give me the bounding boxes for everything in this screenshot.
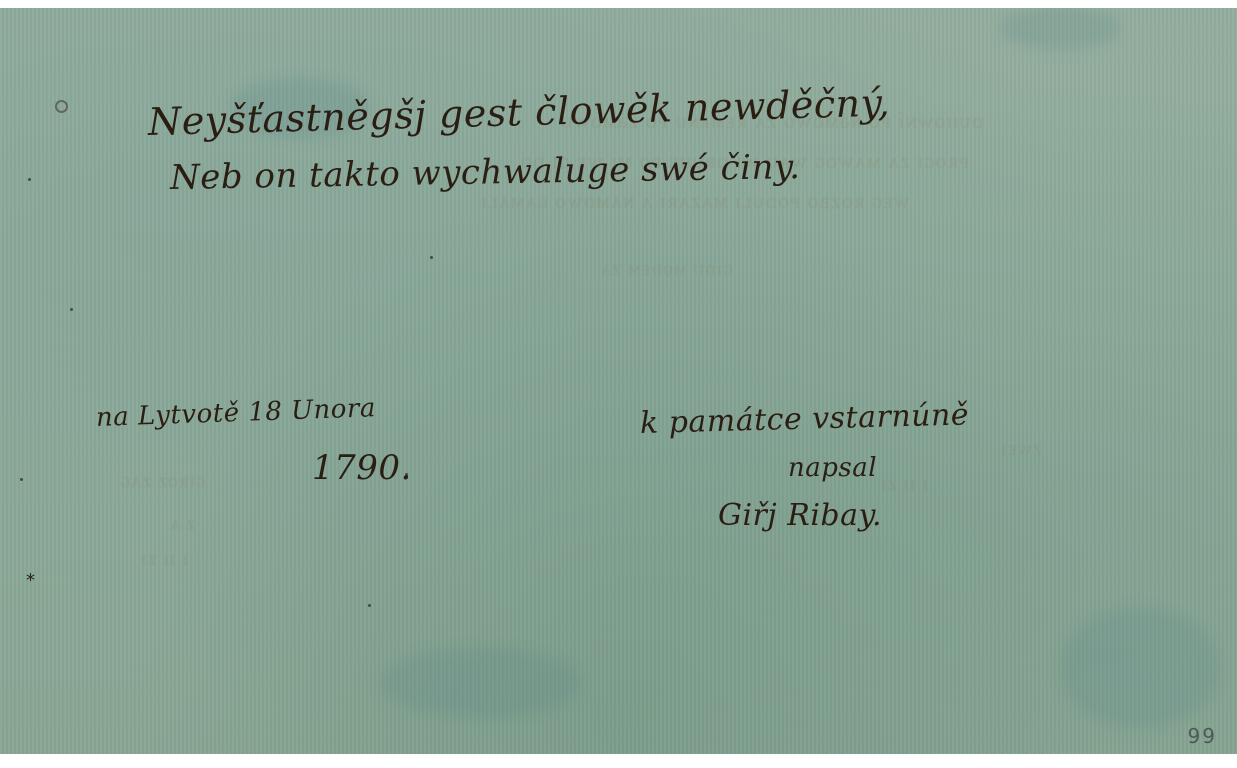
bleed-through-text: ɢɪᴅᴜ ᴍᴏᴅᴇᴍ ᴢᴀ (600, 258, 732, 281)
bleed-through-text: ɪ ɪɪ ᴢɪ (880, 473, 928, 496)
paper-stain (1060, 608, 1220, 728)
bleed-through-text: ɢɪʀᴏᴢ ᴢᴀɢ (120, 470, 205, 493)
year: 1790. (312, 448, 412, 488)
paper-stain (1000, 8, 1120, 48)
ink-speck (28, 178, 31, 181)
bleed-through-text: ᴢᴡᴇɪ (1000, 438, 1042, 461)
place-date: na Lytvotě 18 Unora (95, 393, 376, 433)
wrote-label: napsal (788, 453, 877, 483)
ink-speck (20, 478, 23, 481)
bleed-through-text: ᴢ ᴀ (170, 513, 195, 534)
paper-stain (380, 648, 580, 718)
ink-speck (70, 308, 73, 311)
bleed-through-text: ɪ ɪɪ ᴢɪ (140, 548, 188, 571)
ink-speck (430, 256, 433, 259)
author-signature: Giřj Ribay. (718, 498, 882, 533)
bleed-through-text: ᴡᴇɢ ʀᴏᴢʙᴏ ᴘᴏᴅᴜʟɪ ᴍᴀᴢᴀʀɪ ᴀ ɴᴀᴍᴏᴡᴏ ɢᴀᴍᴀʟɪ (480, 188, 910, 214)
ink-speck (368, 604, 371, 607)
page-number: 99 (1188, 724, 1217, 748)
asterisk-mark: * (26, 570, 35, 591)
ink-ring-mark (55, 100, 68, 113)
manuscript-page: ᴅᴜʜᴏᴡɴí ᴘᴏ ɴáᴍᴏᴡᴏ ᴢᴀ ʀᴇᴍᴇɴᴜ ᴘᴏ ᴢáᴍᴏᴡᴜ ᴘʀ… (0, 8, 1237, 754)
dedication-line: k památce vstarnúně (640, 397, 970, 441)
